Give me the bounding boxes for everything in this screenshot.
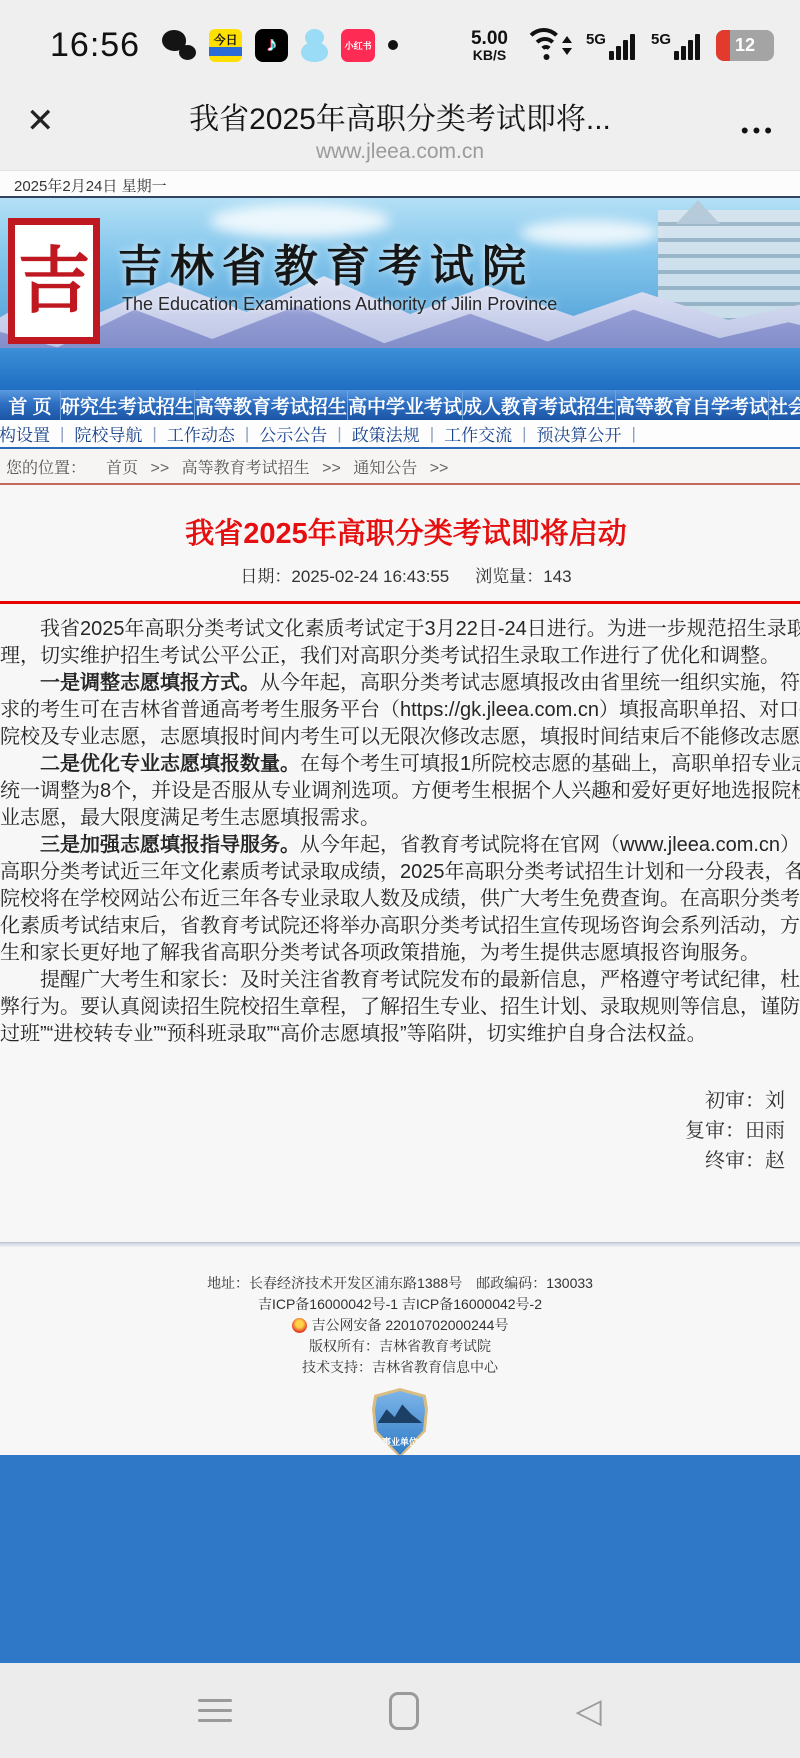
views-count: 143 — [543, 567, 571, 586]
badge-label: 事业单位 — [372, 1435, 428, 1448]
subnav-separator: | — [632, 424, 636, 444]
browser-header: ✕ 我省2025年高职分类考试即将... www.jleea.com.cn ••… — [0, 90, 800, 170]
signal-sim1-icon: 5G — [586, 31, 635, 60]
tiktok-icon: ♪ — [255, 29, 288, 62]
nav-item[interactable]: 成人教育考试招生 — [462, 390, 615, 420]
cloud — [520, 220, 660, 246]
breadcrumb: 您的位置： 首页 >> 高等教育考试招生 >> 通知公告 >> — [0, 449, 800, 485]
article-header: 我省2025年高职分类考试即将启动 日期：2025-02-24 16:43:55… — [0, 485, 800, 587]
signature-line: 复审：田雨 — [0, 1116, 785, 1146]
breadcrumb-label: 您的位置： — [6, 455, 86, 478]
subnav-separator: | — [60, 424, 64, 444]
subnav-separator: | — [152, 424, 156, 444]
footer-blue-strip — [0, 1455, 800, 1663]
battery-level: 12 — [735, 35, 755, 56]
signal-sim2-icon: 5G — [651, 31, 700, 60]
article-title: 我省2025年高职分类考试即将启动 — [0, 511, 800, 552]
main-nav: 首 页 研究生考试招生 高等教育考试招生 高中学业考试 成人教育考试招生 高等教… — [0, 390, 800, 420]
footer-address: 地址：长春经济技术开发区浦东路1388号 邮政编码：130033 — [0, 1273, 800, 1294]
nav-item[interactable]: 高等教育考试招生 — [194, 390, 347, 420]
nav-item[interactable]: 社会考试 — [768, 390, 800, 420]
site-name-english: The Education Examinations Authority of … — [122, 294, 557, 315]
nav-item[interactable]: 高等教育自学考试 — [615, 390, 768, 420]
site-footer: 地址：长春经济技术开发区浦东路1388号 邮政编码：130033 吉ICP备16… — [0, 1247, 800, 1378]
breadcrumb-separator: >> — [150, 460, 169, 477]
signature-line: 初审：刘 — [0, 1086, 785, 1116]
more-menu-icon[interactable]: ••• — [741, 118, 776, 144]
page-title: 我省2025年高职分类考试即将... — [90, 94, 710, 138]
back-button[interactable]: ◁ — [576, 1694, 602, 1728]
webpage: 2025年2月24日 星期一 吉 吉林省教育考试院 The Education … — [0, 170, 800, 1663]
breadcrumb-separator: >> — [430, 460, 449, 477]
subnav-item[interactable]: 预决算公开 — [537, 421, 622, 446]
footer-support: 技术支持：吉林省教育信息中心 — [0, 1357, 800, 1378]
today-news-icon: 今日 — [209, 29, 242, 62]
qq-icon — [301, 29, 328, 62]
date-label: 日期： — [240, 567, 291, 586]
clock: 16:56 — [50, 26, 140, 65]
subnav-item[interactable]: 院校导航 — [74, 421, 142, 446]
recents-button[interactable] — [198, 1699, 232, 1722]
nav-item[interactable]: 首 页 — [0, 390, 60, 420]
subnav-item[interactable]: 工作交流 — [444, 421, 512, 446]
article-date: 2025-02-24 16:43:55 — [291, 567, 449, 586]
article-paragraph: 我省2025年高职分类考试文化素质考试定于3月22日-24日进行。为进一步规范招… — [0, 616, 800, 670]
article-paragraph: 三是加强志愿填报指导服务。从今年起，省教育考试院将在官网（www.jleea.c… — [0, 832, 800, 967]
breadcrumb-separator: >> — [322, 460, 341, 477]
notification-icons: 今日 ♪ 小红书 — [162, 29, 398, 62]
status-bar: 16:56 今日 ♪ 小红书 5.00 KB/S 5G — [0, 0, 800, 90]
page-url: www.jleea.com.cn — [90, 140, 710, 164]
site-date-line: 2025年2月24日 星期一 — [0, 170, 800, 196]
nav-item[interactable]: 研究生考试招生 — [60, 390, 194, 420]
battery-icon: 12 — [716, 30, 774, 61]
footer-copyright: 版权所有：吉林省教育考试院 — [0, 1336, 800, 1357]
subnav-separator: | — [522, 424, 526, 444]
article-paragraph: 二是优化专业志愿填报数量。在每个考生可填报1所院校志愿的基础上，高职单招专业志愿… — [0, 751, 800, 832]
public-institution-badge[interactable]: 事业单位 — [372, 1388, 428, 1458]
subnav-item[interactable]: 工作动态 — [167, 421, 235, 446]
article-meta: 日期：2025-02-24 16:43:55浏览量：143 — [0, 562, 800, 587]
breadcrumb-link[interactable]: 首页 — [106, 460, 138, 477]
subnav-separator: | — [337, 424, 341, 444]
status-indicators: 5.00 KB/S 5G 5G 12 — [471, 28, 774, 62]
article-paragraph: 提醒广大考生和家长：及时关注省教育考试院发布的最新信息，严格遵守考试纪律，杜绝作… — [0, 967, 800, 1048]
article-body: 我省2025年高职分类考试文化素质考试定于3月22日-24日进行。为进一步规范招… — [0, 604, 800, 1048]
review-signatures: 初审：刘 复审：田雨 终审：赵 — [0, 1086, 800, 1176]
site-banner: 吉 吉林省教育考试院 The Education Examinations Au… — [0, 196, 800, 390]
footer-police-record[interactable]: 吉公网安备 22010702000244号 — [0, 1315, 800, 1336]
signature-line: 终审：赵 — [0, 1146, 785, 1176]
breadcrumb-link[interactable]: 通知公告 — [353, 460, 417, 477]
wifi-icon — [524, 28, 570, 62]
footer-icp: 吉ICP备16000042号-1 吉ICP备16000042号-2 — [0, 1294, 800, 1315]
close-icon[interactable]: ✕ — [26, 104, 55, 138]
lake-water — [0, 348, 800, 390]
xiaohongshu-icon: 小红书 — [341, 29, 375, 62]
nav-item[interactable]: 高中学业考试 — [347, 390, 462, 420]
home-button[interactable] — [389, 1692, 419, 1730]
network-speed: 5.00 KB/S — [471, 29, 508, 62]
site-name: 吉林省教育考试院 — [118, 230, 534, 294]
sub-nav: 机构设置 | 院校导航 | 工作动态 | 公示公告 | 政策法规 | 工作交流 … — [0, 420, 800, 449]
subnav-separator: | — [430, 424, 434, 444]
subnav-item[interactable]: 政策法规 — [352, 421, 420, 446]
phone-screen: 16:56 今日 ♪ 小红书 5.00 KB/S 5G — [0, 0, 800, 1758]
recording-dot — [388, 40, 398, 50]
android-nav-bar: ◁ — [0, 1663, 800, 1758]
subnav-item[interactable]: 机构设置 — [0, 421, 50, 446]
wechat-icon — [162, 30, 196, 60]
subnav-separator: | — [245, 424, 249, 444]
subnav-item[interactable]: 公示公告 — [259, 421, 327, 446]
article-paragraph: 一是调整志愿填报方式。从今年起，高职分类考试志愿填报改由省里统一组织实施，符合要… — [0, 670, 800, 751]
national-emblem-icon — [292, 1318, 307, 1333]
breadcrumb-link[interactable]: 高等教育考试招生 — [182, 460, 310, 477]
site-logo-seal[interactable]: 吉 — [8, 218, 100, 344]
views-label: 浏览量： — [475, 567, 543, 586]
